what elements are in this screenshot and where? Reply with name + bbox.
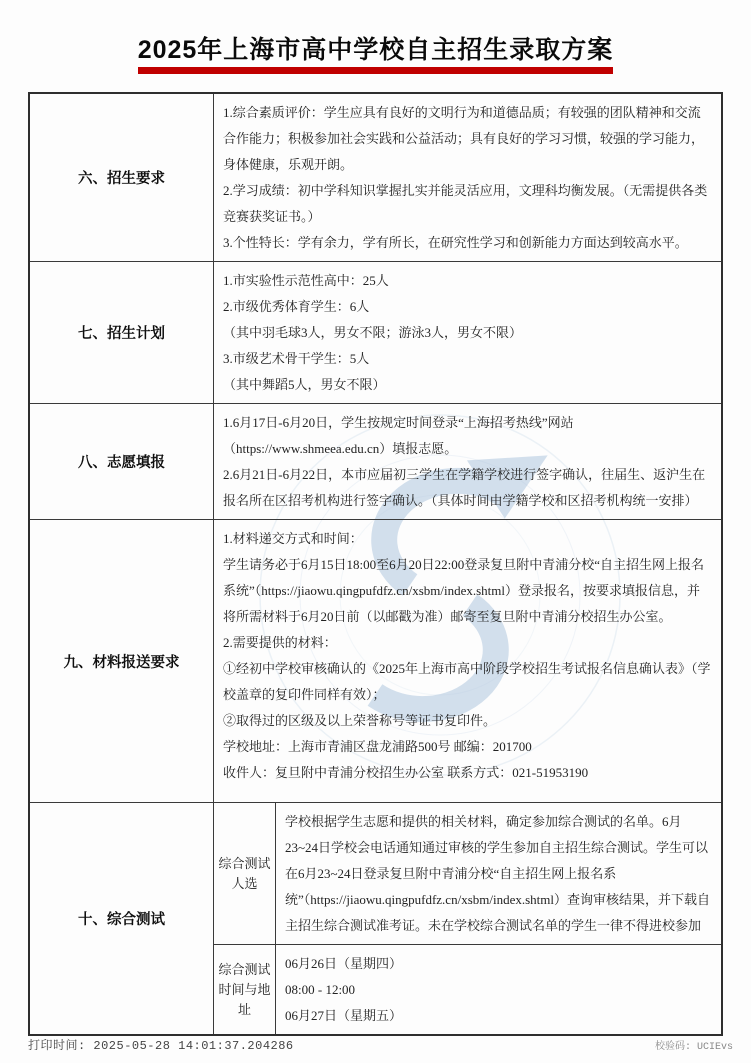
subrow-test-candidates: 综合测试人选 学校根据学生志愿和提供的相关材料，确定参加综合测试的名单。6月23… [214,803,721,944]
paragraph: ②取得过的区级及以上荣誉称号等证书复印件。 [223,708,711,734]
paragraph: 1.材料递交方式和时间： [223,526,711,552]
row-header: 八、志愿填报 [30,404,214,519]
subrow-header: 综合测试时间与地址 [214,945,276,1034]
paragraph: 1.6月17日-6月20日，学生按规定时间登录“上海招考热线”网站 [223,410,711,436]
paragraph: （https://www.shmeea.edu.cn）填报志愿。 [223,436,711,462]
row-content: 1.材料递交方式和时间：学生请务必于6月15日18:00至6月20日22:00登… [214,520,721,802]
subrow-header: 综合测试人选 [214,803,276,944]
subrow-content: 学校根据学生志愿和提供的相关材料，确定参加综合测试的名单。6月23~24日学校会… [276,803,721,944]
paragraph: （其中舞蹈5人，男女不限） [223,372,711,398]
paragraph: 收件人：复旦附中青浦分校招生办公室 联系方式：021-51953190 [223,760,711,786]
paragraph: 学校地址：上海市青浦区盘龙浦路500号 邮编：201700 [223,734,711,760]
row-header: 七、招生计划 [30,262,214,403]
paragraph: 2.市级优秀体育学生：6人 [223,294,711,320]
paragraph: 06月27日（星期五） [285,1003,711,1029]
paragraph: 1.综合素质评价：学生应具有良好的文明行为和道德品质；有较强的团队精神和交流合作… [223,100,711,178]
row-content: 1.6月17日-6月20日，学生按规定时间登录“上海招考热线”网站（https:… [214,404,721,519]
table-row-enrollment-requirements: 六、招生要求 1.综合素质评价：学生应具有良好的文明行为和道德品质；有较强的团队… [30,94,721,261]
paragraph: 3.市级艺术骨干学生：5人 [223,346,711,372]
row-content: 1.市实验性示范性高中：25人2.市级优秀体育学生：6人（其中羽毛球3人，男女不… [214,262,721,403]
table-row-enrollment-plan: 七、招生计划 1.市实验性示范性高中：25人2.市级优秀体育学生：6人（其中羽毛… [30,261,721,403]
subrow-content: 06月26日（星期四）08:00 - 12:0006月27日（星期五） [276,945,721,1034]
row-content: 1.综合素质评价：学生应具有良好的文明行为和道德品质；有较强的团队精神和交流合作… [214,94,721,261]
page-footer: 打印时间: 2025-05-28 14:01:37.204286 校验码: UC… [28,1036,733,1053]
print-time: 打印时间: 2025-05-28 14:01:37.204286 [28,1036,294,1053]
paragraph: 学校根据学生志愿和提供的相关材料，确定参加综合测试的名单。6月23~24日学校会… [285,809,711,939]
check-code: 校验码: UCIEvs [655,1037,733,1053]
title-area: 2025年上海市高中学校自主招生录取方案 [0,30,751,74]
document-page: 2025年上海市高中学校自主招生录取方案 六、招生要求 1.综合素质评价：学生应… [0,0,751,1063]
paragraph: 06月26日（星期四） [285,951,711,977]
table-row-material-submission: 九、材料报送要求 1.材料递交方式和时间：学生请务必于6月15日18:00至6月… [30,519,721,802]
paragraph: 2.6月21日-6月22日，本市应届初三学生在学籍学校进行签字确认，往届生、返沪… [223,462,711,514]
table-row-comprehensive-test: 十、综合测试 综合测试人选 学校根据学生志愿和提供的相关材料，确定参加综合测试的… [30,802,721,1034]
paragraph: 1.市实验性示范性高中：25人 [223,268,711,294]
comprehensive-test-subtable: 综合测试人选 学校根据学生志愿和提供的相关材料，确定参加综合测试的名单。6月23… [214,803,721,1034]
page-title: 2025年上海市高中学校自主招生录取方案 [138,30,614,74]
paragraph: 08:00 - 12:00 [285,977,711,1003]
paragraph: 2.学习成绩：初中学科知识掌握扎实并能灵活应用，文理科均衡发展。（无需提供各类竞… [223,178,711,230]
admission-plan-table: 六、招生要求 1.综合素质评价：学生应具有良好的文明行为和道德品质；有较强的团队… [28,92,723,1036]
paragraph: 3.个性特长：学有余力，学有所长，在研究性学习和创新能力方面达到较高水平。 [223,230,711,256]
row-header: 十、综合测试 [30,803,214,1034]
paragraph: 2.需要提供的材料： [223,630,711,656]
paragraph: ①经初中学校审核确认的《2025年上海市高中阶段学校招生考试报名信息确认表》（学… [223,656,711,708]
paragraph: （其中羽毛球3人，男女不限；游泳3人，男女不限） [223,320,711,346]
row-header: 六、招生要求 [30,94,214,261]
subrow-test-time-address: 综合测试时间与地址 06月26日（星期四）08:00 - 12:0006月27日… [214,944,721,1034]
paragraph: 学生请务必于6月15日18:00至6月20日22:00登录复旦附中青浦分校“自主… [223,552,711,630]
row-header: 九、材料报送要求 [30,520,214,802]
table-row-application: 八、志愿填报 1.6月17日-6月20日，学生按规定时间登录“上海招考热线”网站… [30,403,721,519]
